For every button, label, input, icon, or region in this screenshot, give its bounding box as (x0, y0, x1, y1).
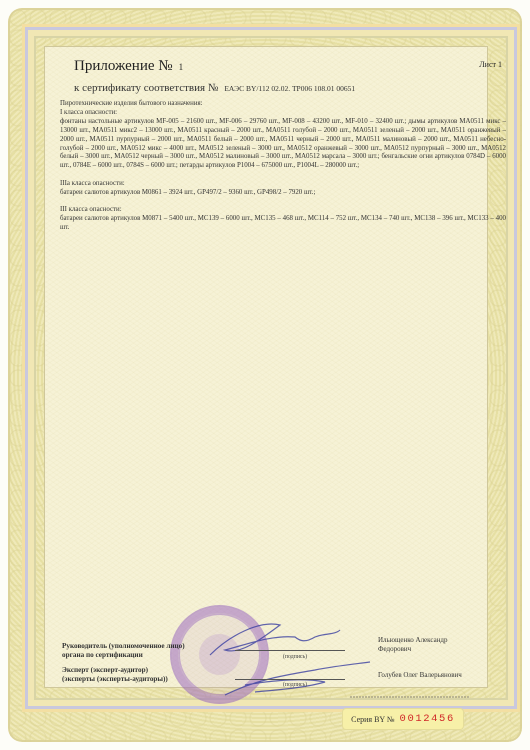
role-line: Эксперт (эксперт-аудитор) (62, 666, 168, 675)
section-text: батареи салютов артикулов M0871 – 5400 ш… (60, 215, 506, 233)
section-heading: III класса опасности: (60, 206, 506, 215)
serial-number: 0012456 (400, 713, 455, 725)
name-line: Ильющенко Александр (378, 636, 448, 645)
expert-label: Эксперт (эксперт-аудитор) (эксперты (экс… (62, 666, 168, 684)
head-of-body-label: Руководитель (уполномоченное лицо) орган… (62, 642, 185, 660)
appendix-number: 1 (179, 62, 184, 72)
signature-2 (215, 660, 375, 700)
certificate-number: ЕАЭС BY/112 02.02. ТР006 108.01 00651 (224, 84, 355, 93)
role-line: органа по сертификации (62, 651, 185, 660)
name-line: Голубев Олег Валерьянович (378, 671, 462, 680)
certificate-reference: к сертификату соответствия №ЕАЭС BY/112 … (74, 82, 355, 94)
section-text: батареи салютов артикулов M0861 – 3924 ш… (60, 189, 506, 198)
role-line: Руководитель (уполномоченное лицо) (62, 642, 185, 651)
section-text: фонтаны настольные артикулов MF-005 – 21… (60, 118, 506, 171)
section-heading: IIIа класса опасности: (60, 180, 506, 189)
role-line: (эксперты (эксперты-аудиторы)) (62, 675, 168, 684)
signature-line (235, 679, 345, 680)
signature-line (235, 650, 345, 651)
certificate-prefix: к сертификату соответствия № (74, 82, 218, 94)
section-heading: I класса опасности: (60, 109, 506, 118)
appendix-title: Приложение №1 (74, 58, 183, 75)
name-line: Федорович (378, 645, 448, 654)
document-body: Пиротехнические изделия бытового назначе… (60, 100, 506, 233)
document-header: Приложение №1 Лист 1 (60, 56, 500, 80)
signature-1 (200, 615, 350, 665)
intro-text: Пиротехнические изделия бытового назначе… (60, 100, 506, 109)
signature-caption: (подпись) (283, 682, 307, 688)
printer-imprint (350, 696, 470, 698)
serial-label: Серия BY № (351, 715, 394, 724)
head-of-body-name: Ильющенко Александр Федорович (378, 636, 448, 654)
signature-caption: (подпись) (283, 654, 307, 660)
serial-number-box: Серия BY № 0012456 (343, 709, 463, 729)
expert-name: Голубев Олег Валерьянович (378, 671, 462, 680)
appendix-title-text: Приложение № (74, 58, 173, 74)
sheet-number: Лист 1 (479, 60, 502, 69)
